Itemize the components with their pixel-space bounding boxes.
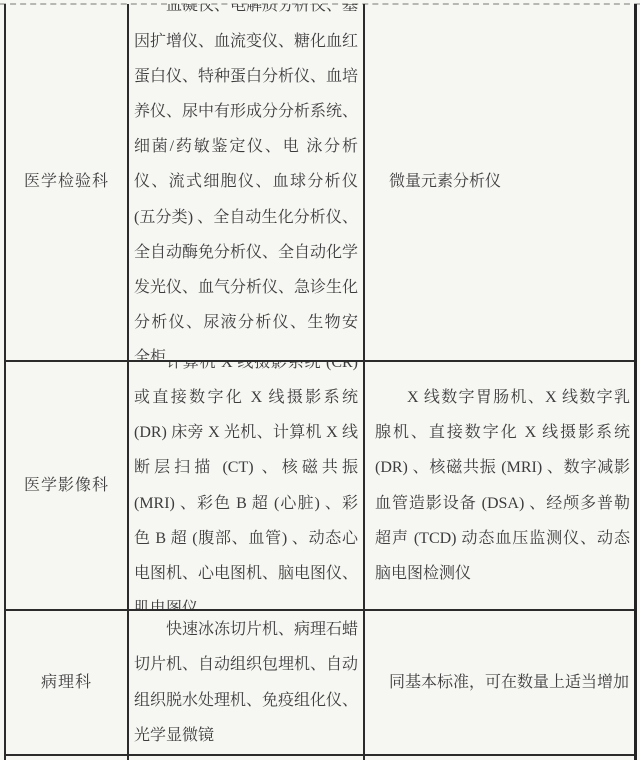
table-row: 病理科 快速冰冻切片机、病理石蜡切片机、自动组织包埋机、自动组织脱水处理机、免疫… xyxy=(6,609,634,754)
note-text: 微量元素分析仪 xyxy=(365,164,634,199)
equipment-cell xyxy=(127,756,365,760)
note-cell: 微量元素分析仪 xyxy=(365,4,634,360)
equipment-cell: 计算机 X 线摄影系统 (CR) 或直接数字化 X 线摄影系统 (DR) 床旁 … xyxy=(127,362,365,609)
equipment-list: 血凝仪、电解质分析仪、基因扩增仪、血流变仪、糖化血红蛋白仪、特种蛋白分析仪、血培… xyxy=(129,4,363,360)
department-name: 医学检验科 xyxy=(24,164,109,199)
note-text: X 线数字胃肠机、X 线数字乳腺机、直接数字化 X 线摄影系统 (DR) 、核磁… xyxy=(365,380,634,591)
note-cell: 同基本标准，可在数量上适当增加 xyxy=(365,611,634,754)
equipment-standards-table: 医学检验科 血凝仪、电解质分析仪、基因扩增仪、血流变仪、糖化血红蛋白仪、特种蛋白… xyxy=(4,4,637,760)
note-cell xyxy=(365,756,634,760)
note-cell: X 线数字胃肠机、X 线数字乳腺机、直接数字化 X 线摄影系统 (DR) 、核磁… xyxy=(365,362,634,609)
equipment-cell: 快速冰冻切片机、病理石蜡切片机、自动组织包埋机、自动组织脱水处理机、免疫组化仪、… xyxy=(127,611,365,754)
table-row-partial xyxy=(6,754,634,760)
table-row: 医学影像科 计算机 X 线摄影系统 (CR) 或直接数字化 X 线摄影系统 (D… xyxy=(6,360,634,609)
department-cell xyxy=(6,756,127,760)
equipment-list: 计算机 X 线摄影系统 (CR) 或直接数字化 X 线摄影系统 (DR) 床旁 … xyxy=(129,362,363,609)
department-cell: 医学检验科 xyxy=(6,4,127,360)
department-name: 医学影像科 xyxy=(24,468,109,503)
document-page: 医学检验科 血凝仪、电解质分析仪、基因扩增仪、血流变仪、糖化血红蛋白仪、特种蛋白… xyxy=(0,0,640,760)
department-cell: 医学影像科 xyxy=(6,362,127,609)
department-cell: 病理科 xyxy=(6,611,127,754)
department-name: 病理科 xyxy=(41,665,92,700)
equipment-cell: 血凝仪、电解质分析仪、基因扩增仪、血流变仪、糖化血红蛋白仪、特种蛋白分析仪、血培… xyxy=(127,4,365,360)
note-text: 同基本标准，可在数量上适当增加 xyxy=(365,665,634,700)
table-row: 医学检验科 血凝仪、电解质分析仪、基因扩增仪、血流变仪、糖化血红蛋白仪、特种蛋白… xyxy=(6,4,634,360)
equipment-list: 快速冰冻切片机、病理石蜡切片机、自动组织包埋机、自动组织脱水处理机、免疫组化仪、… xyxy=(129,612,363,753)
